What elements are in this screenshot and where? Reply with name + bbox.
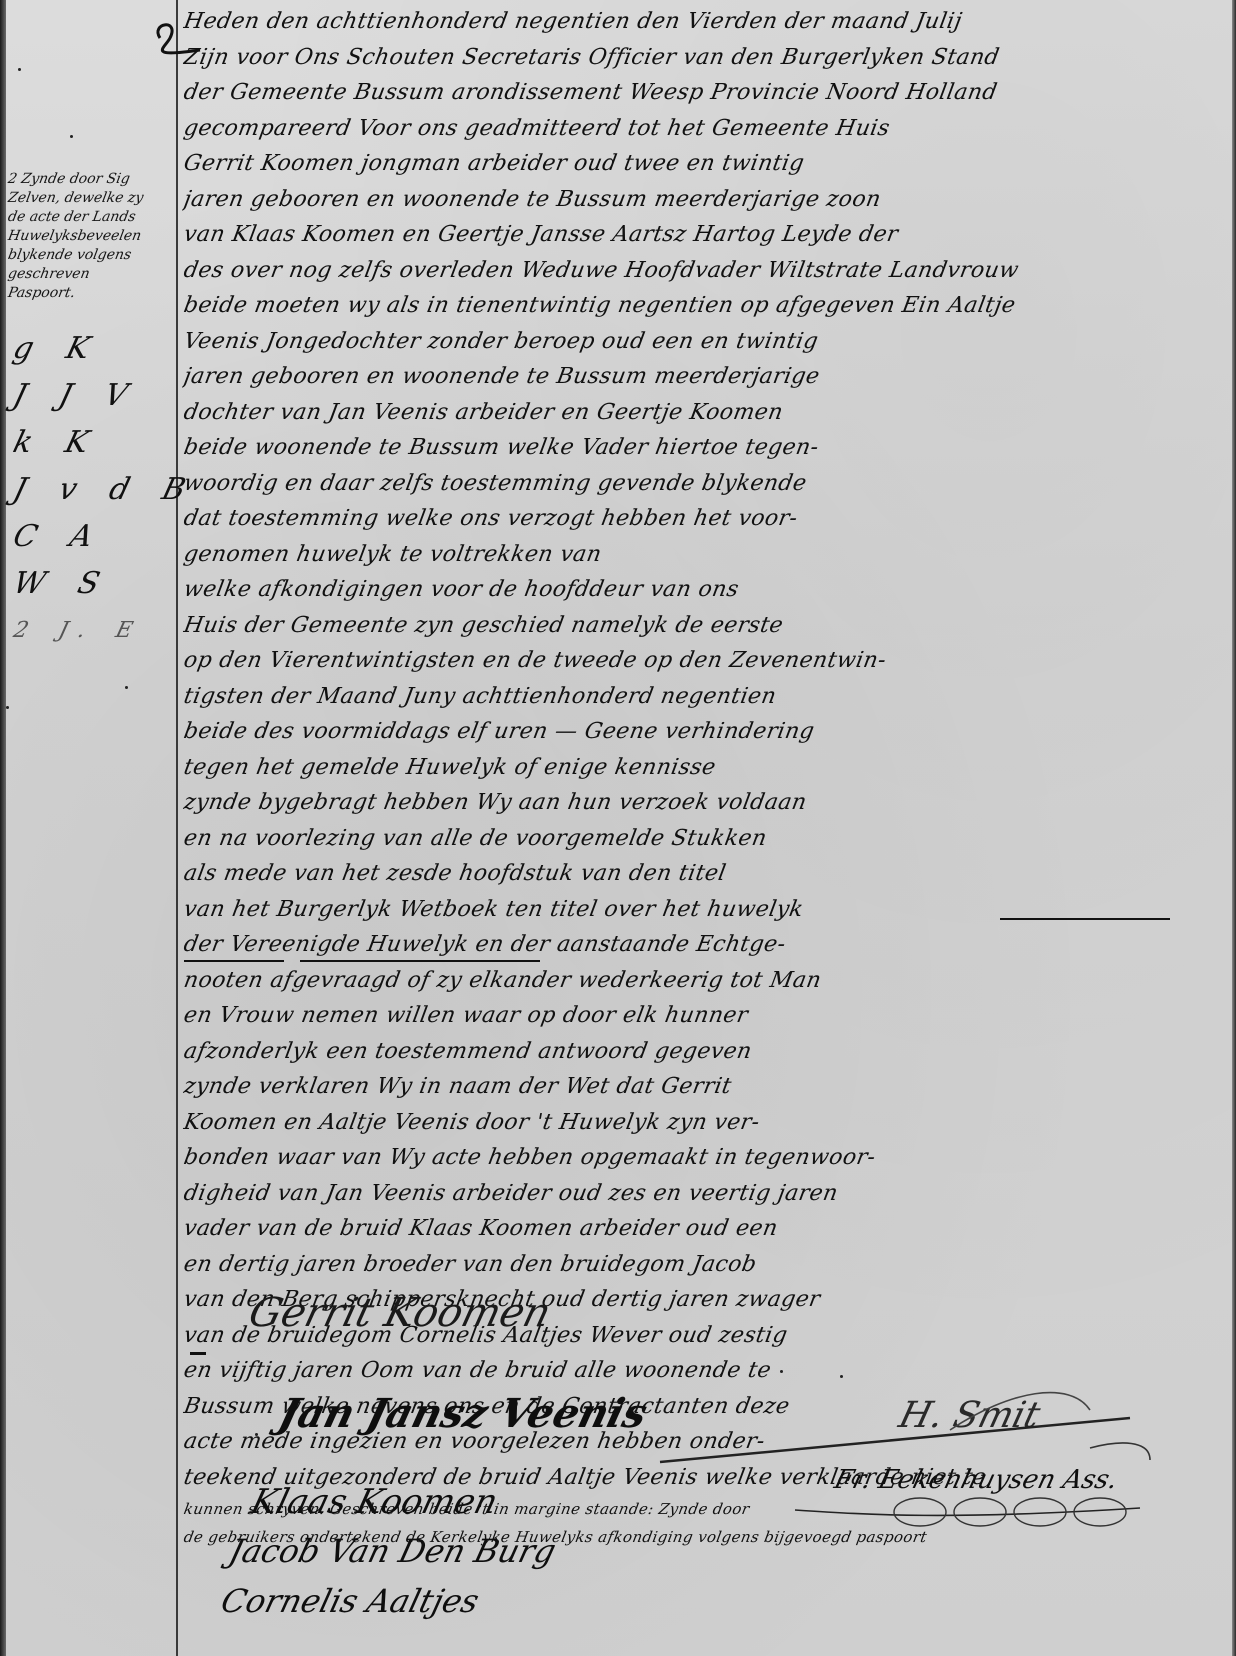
body-line: zynde bygebragt hebben Wy aan hun verzoe… (181, 785, 1217, 821)
ink-speck (18, 68, 21, 71)
initials-row: k K (8, 419, 170, 466)
margin-initials: g K J J V k K J v d B C A W S 2 J. E (14, 325, 164, 654)
margin-rule-line (176, 0, 178, 1656)
margin-line: Paspoort. (6, 284, 169, 303)
body-line: jaren gebooren en woonende te Bussum mee… (181, 359, 1217, 395)
body-line: Zijn voor Ons Schouten Secretaris Offici… (181, 40, 1217, 76)
signature-dash (190, 1352, 206, 1355)
initials-row: J J V (8, 372, 170, 419)
ink-speck (6, 706, 9, 709)
page-right-edge (1232, 0, 1236, 1656)
ink-speck (125, 686, 128, 689)
body-line: zynde verklaren Wy in naam der Wet dat G… (181, 1069, 1217, 1105)
name-underline-aaltje-veenis (300, 960, 540, 962)
document-scan: 2 Zynde door Sig Zelven, dewelke zy de a… (0, 0, 1236, 1656)
body-line: als mede van het zesde hoofdstuk van den… (181, 856, 1217, 892)
body-line: vader van de bruid Klaas Koomen arbeider… (181, 1211, 1217, 1247)
body-line: tigsten der Maand Juny achttienhonderd n… (181, 679, 1217, 715)
name-underline-gerrit (1000, 918, 1170, 920)
body-line: genomen huwelyk te voltrekken van (181, 537, 1217, 573)
ink-speck (70, 135, 73, 138)
body-line: gecompareerd Voor ons geadmitteerd tot h… (181, 111, 1217, 147)
body-line: Koomen en Aaltje Veenis door 't Huwelyk … (181, 1105, 1217, 1141)
margin-line: 2 Zynde door Sig (6, 170, 169, 189)
body-line: tegen het gemelde Huwelyk of enige kenni… (181, 750, 1217, 786)
ink-speck (780, 1370, 783, 1373)
signature-witness-jacob-van-den-burg: Jacob Van Den Burg (225, 1532, 560, 1570)
initials-row: J v d B (8, 466, 170, 513)
name-underline-koomen (184, 960, 284, 962)
body-line: der Gemeente Bussum arondissement Weesp … (181, 75, 1217, 111)
body-line: beide moeten wy als in tienentwintig neg… (181, 288, 1217, 324)
ink-speck (255, 1433, 258, 1436)
signature-groom: Gerrit Koomen (244, 1290, 555, 1336)
body-line: des over nog zelfs overleden Weduwe Hoof… (181, 253, 1217, 289)
body-line: en dertig jaren broeder van den bruidego… (181, 1247, 1217, 1283)
page-left-edge (0, 0, 6, 1656)
initials-row: C A (8, 513, 170, 560)
body-line: bonden waar van Wy acte hebben opgemaakt… (181, 1140, 1217, 1176)
body-line: woordig en daar zelfs toestemming gevend… (181, 466, 1217, 502)
signature-witness-jan-veenis: Jan Jansz Veenis (274, 1390, 652, 1437)
body-line: Veenis Jongedochter zonder beroep oud ee… (181, 324, 1217, 360)
margin-line: Huwelyksbeveelen (6, 227, 169, 246)
officer-flourish-icon (650, 1370, 1170, 1470)
body-line: op den Vierentwintigsten en de tweede op… (181, 643, 1217, 679)
body-line: beide woonende te Bussum welke Vader hie… (181, 430, 1217, 466)
initials-row: 2 J. E (8, 607, 170, 654)
margin-line: blykende volgens (6, 246, 169, 265)
body-line: jaren gebooren en woonende te Bussum mee… (181, 182, 1217, 218)
body-line: der Vereenigde Huwelyk en der aanstaande… (181, 927, 1217, 963)
body-line: dochter van Jan Veenis arbeider en Geert… (181, 395, 1217, 431)
ink-speck (840, 1375, 843, 1378)
margin-line: Zelven, dewelke zy (6, 189, 169, 208)
body-line: Heden den achttienhonderd negentien den … (181, 4, 1217, 40)
body-line: nooten afgevraagd of zy elkander wederke… (181, 963, 1217, 999)
body-line: dat toestemming welke ons verzogt hebben… (181, 501, 1217, 537)
body-line: welke afkondigingen voor de hoofddeur va… (181, 572, 1217, 608)
assessor-flourish-icon (790, 1480, 1170, 1540)
body-line: Huis der Gemeente zyn geschied namelyk d… (181, 608, 1217, 644)
body-line: en Vrouw nemen willen waar op door elk h… (181, 998, 1217, 1034)
margin-line: geschreven (6, 265, 169, 284)
signature-witness-cornelis: Cornelis Aaltjes (217, 1582, 483, 1620)
body-line: van Klaas Koomen en Geertje Jansse Aarts… (181, 217, 1217, 253)
body-line: beide des voormiddags elf uren — Geene v… (181, 714, 1217, 750)
body-line: en na voorlezing van alle de voorgemelde… (181, 821, 1217, 857)
body-line: van het Burgerlyk Wetboek ten titel over… (181, 892, 1217, 928)
margin-line: de acte der Lands (6, 208, 169, 227)
signature-witness-klaas-koomen: Klaas Koomen (247, 1482, 502, 1522)
body-line: Gerrit Koomen jongman arbeider oud twee … (181, 146, 1217, 182)
body-line: digheid van Jan Veenis arbeider oud zes … (181, 1176, 1217, 1212)
margin-annotation: 2 Zynde door Sig Zelven, dewelke zy de a… (8, 170, 168, 303)
initials-row: W S (8, 560, 170, 607)
initials-row: g K (8, 325, 170, 372)
body-line: afzonderlyk een toestemmend antwoord geg… (181, 1034, 1217, 1070)
